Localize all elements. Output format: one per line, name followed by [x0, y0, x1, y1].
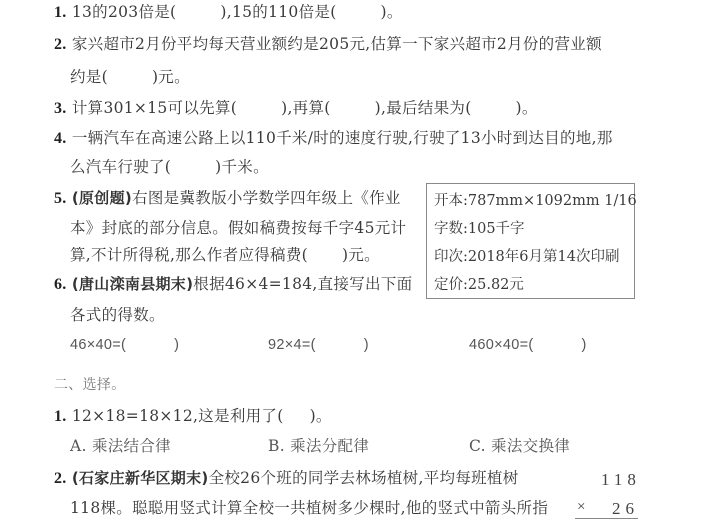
- question-number: 2.: [54, 36, 67, 53]
- expression: 46×40=(: [70, 337, 126, 353]
- question-text: 13的203倍是(: [72, 3, 177, 21]
- choice-question-1: 1. 12×18=18×12,这是利用了()。: [54, 406, 332, 427]
- fill-question-5-line3: 算,不计所得税,那么作者应得稿费()元。: [70, 245, 380, 265]
- expression: 460×40=(: [469, 337, 534, 353]
- expression-close: ): [364, 337, 369, 353]
- fill-question-6: 6. (唐山滦南县期末)根据46×4=184,直接写出下面: [54, 274, 412, 295]
- question-number: 2.: [54, 470, 67, 487]
- choice-option-b[interactable]: B. 乘法分配律: [268, 436, 369, 456]
- choice-option-a[interactable]: A. 乘法结合律: [70, 436, 171, 456]
- vertical-calc-bottom: 26: [612, 499, 639, 519]
- q6-item-1: 46×40=(): [70, 335, 179, 355]
- fill-question-4: 4. 一辆汽车在高速公路上以110千米/时的速度行驶,行驶了13小时到达目的地,…: [54, 128, 613, 149]
- question-text: )。: [310, 407, 332, 425]
- question-text: )。: [516, 99, 538, 117]
- fill-question-4-line2: 么汽车行驶了()千米。: [70, 157, 269, 177]
- question-text: 算,不计所得税,那么作者应得稿费(: [70, 246, 308, 264]
- fill-question-6-line2: 各式的得数。: [70, 305, 165, 325]
- question-text: )元。: [152, 68, 190, 86]
- fill-question-5: 5. (原创题)右图是冀教版小学数学四年级上《作业: [54, 188, 401, 209]
- question-text: )。: [381, 3, 403, 21]
- section-title-choice: 二、选择。: [54, 375, 126, 395]
- question-text: )元。: [342, 246, 380, 264]
- info-row-printing: 印次:2018年6月第14次印刷: [434, 243, 634, 271]
- info-row-price: 定价:25.82元: [434, 271, 634, 299]
- question-number: 1.: [54, 408, 67, 425]
- question-text: 全校26个班的同学去林场植树,平均每班植树: [209, 469, 519, 487]
- question-text: 右图是冀教版小学数学四年级上《作业: [132, 189, 401, 207]
- question-number: 6.: [54, 276, 67, 293]
- choice-question-2-line2: 118棵。聪聪用竖式计算全校一共植树多少棵时,他的竖式中箭头所指: [70, 498, 548, 518]
- vertical-calc-rule: [575, 518, 638, 519]
- source-tag: (原创题): [72, 189, 132, 207]
- choice-question-2: 2. (石家庄新华区期末)全校26个班的同学去林场植树,平均每班植树: [54, 468, 519, 489]
- source-tag: (唐山滦南县期末): [72, 275, 193, 293]
- fill-question-2-line2: 约是()元。: [70, 67, 190, 87]
- info-row-format: 开本:787mm×1092mm 1/16: [434, 187, 634, 215]
- question-text: 计算301×15可以先算(: [72, 99, 237, 117]
- fill-question-3: 3. 计算301×15可以先算(),再算(),最后结果为()。: [54, 98, 538, 119]
- question-text: 各式的得数。: [70, 306, 165, 324]
- question-text: 家兴超市2月份平均每天营业额约是205元,估算一下家兴超市2月份的营业额: [72, 35, 602, 53]
- question-number: 5.: [54, 190, 67, 207]
- question-number: 1.: [54, 4, 67, 21]
- info-row-word-count: 字数:105千字: [434, 215, 634, 243]
- fill-question-1: 1. 13的203倍是(),15的110倍是()。: [54, 2, 403, 23]
- question-text: 根据46×4=184,直接写出下面: [193, 275, 412, 293]
- question-text: )千米。: [215, 158, 269, 176]
- question-text: 一辆汽车在高速公路上以110千米/时的速度行驶,行驶了13小时到达目的地,那: [72, 129, 613, 147]
- fill-question-2: 2. 家兴超市2月份平均每天营业额约是205元,估算一下家兴超市2月份的营业额: [54, 34, 602, 55]
- question-text: 118棵。聪聪用竖式计算全校一共植树多少棵时,他的竖式中箭头所指: [70, 499, 548, 517]
- expression-close: ): [174, 337, 179, 353]
- q6-item-2: 92×4=(): [268, 335, 369, 355]
- question-text: 约是(: [70, 68, 108, 86]
- vertical-calc-operator: ×: [577, 499, 590, 516]
- question-number: 4.: [54, 130, 67, 147]
- q6-item-3: 460×40=(): [469, 335, 587, 355]
- question-text: ),再算(: [281, 99, 331, 117]
- question-text: 么汽车行驶了(: [70, 158, 171, 176]
- question-text: 12×18=18×12,这是利用了(: [72, 407, 284, 425]
- source-tag: (石家庄新华区期末): [72, 469, 209, 487]
- vertical-calc-top: 118: [601, 470, 641, 490]
- question-text: 本》封底的部分信息。假如稿费按每千字45元计: [70, 219, 406, 237]
- choice-option-c[interactable]: C. 乘法交换律: [469, 436, 570, 456]
- question-text: ),最后结果为(: [375, 99, 472, 117]
- expression: 92×4=(: [268, 337, 316, 353]
- question-text: ),15的110倍是(: [220, 3, 336, 21]
- fill-question-5-line2: 本》封底的部分信息。假如稿费按每千字45元计: [70, 218, 406, 238]
- book-info-box: 开本:787mm×1092mm 1/16 字数:105千字 印次:2018年6月…: [426, 183, 635, 299]
- question-number: 3.: [54, 100, 67, 117]
- expression-close: ): [582, 337, 587, 353]
